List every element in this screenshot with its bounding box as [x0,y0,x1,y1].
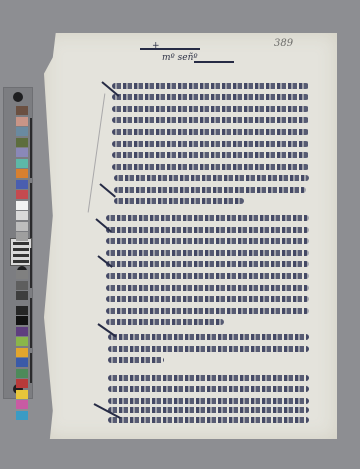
header-salutation: mº señº [162,53,198,63]
handwritten-line [106,238,309,244]
color-swatch [16,306,28,315]
color-swatch [16,379,28,388]
handwritten-line [112,83,309,89]
handwritten-line [106,273,309,279]
handwritten-line [108,398,309,404]
handwritten-line [106,250,309,256]
header-rule [140,48,200,50]
handwritten-line [108,375,309,381]
color-swatch [16,106,28,115]
color-swatch [16,201,28,210]
color-swatch [16,117,28,126]
handwritten-line [112,94,309,100]
color-swatch [16,348,28,357]
handwritten-line [114,198,244,204]
handwritten-line [106,285,309,291]
color-swatch [16,190,28,199]
color-swatch [16,390,28,399]
handwritten-line [112,106,309,112]
handwritten-line [108,386,309,392]
handwritten-line [114,175,309,181]
handwritten-line [106,319,224,325]
handwritten-line [112,129,309,135]
calibration-label [10,238,32,266]
color-calibration-target [3,87,33,399]
color-swatch [16,400,28,409]
handwritten-line [108,357,164,363]
color-swatch [16,411,28,420]
color-swatch [16,327,28,336]
color-swatch [16,337,28,346]
handwritten-line [108,407,309,413]
handwritten-line [106,308,309,314]
color-swatch [16,138,28,147]
handwritten-line [106,215,309,221]
scale-rule [30,298,32,348]
color-swatch [16,148,28,157]
handwritten-line [106,296,309,302]
handwritten-line [108,334,309,340]
handwritten-line [106,261,309,267]
handwritten-line [112,152,309,158]
color-swatch [16,291,28,300]
salutation-rule [194,61,234,63]
scale-rule [30,248,32,288]
color-swatch [16,232,28,241]
color-swatch [16,169,28,178]
handwritten-line [106,227,309,233]
handwritten-line [108,346,309,352]
scale-rule [30,183,32,238]
handwritten-line [112,164,309,170]
color-swatch [16,369,28,378]
scale-rule [30,353,32,383]
color-swatch [16,159,28,168]
manuscript-page: + mº señº 389 [44,33,337,439]
color-swatch [16,222,28,231]
color-swatch [16,270,28,279]
margin-pencil-line [88,94,106,213]
color-swatch [16,358,28,367]
handwritten-line [114,187,306,193]
color-swatch [16,127,28,136]
color-swatch [16,281,28,290]
color-swatch [16,316,28,325]
paragraph-mark [97,323,116,337]
handwritten-line [108,417,309,423]
registration-hole-top [13,92,23,102]
handwritten-line [112,141,309,147]
folio-number: 389 [274,38,293,49]
scale-rule [30,118,32,178]
color-swatch [16,180,28,189]
handwritten-line [112,117,309,123]
color-swatch [16,211,28,220]
